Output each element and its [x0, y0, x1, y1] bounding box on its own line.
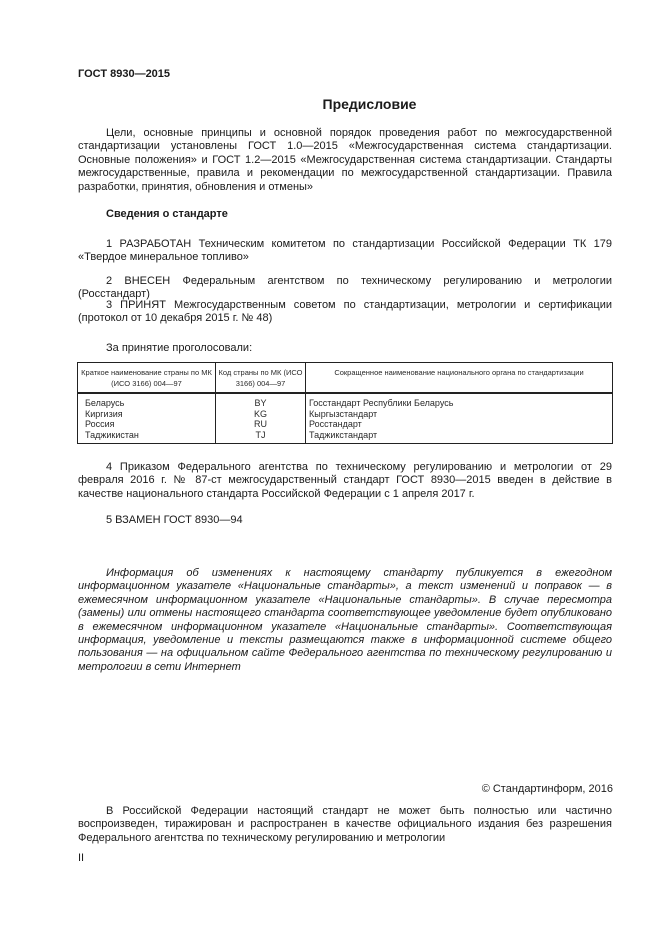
document-id: ГОСТ 8930—2015: [78, 68, 170, 80]
intro-paragraph: Цели, основные принципы и основной поряд…: [78, 127, 612, 194]
column-header-code: Код страны по МК (ИСО 3166) 004—97: [216, 363, 306, 394]
table-row: Беларусь BY Госстандарт Республики Белар…: [78, 393, 613, 409]
country-name: Россия: [78, 419, 216, 430]
country-code: TJ: [216, 430, 306, 444]
standards-body: Госстандарт Республики Беларусь: [306, 393, 613, 409]
info-item-5: 5 ВЗАМЕН ГОСТ 8930—94: [78, 514, 612, 527]
table-header-row: Краткое наименование страны по МК (ИСО 3…: [78, 363, 613, 394]
country-name: Таджикистан: [78, 430, 216, 444]
column-header-country: Краткое наименование страны по МК (ИСО 3…: [78, 363, 216, 394]
table-row: Таджикистан TJ Таджикстандарт: [78, 430, 613, 444]
changes-info-paragraph: Информация об изменениях к настоящему ст…: [78, 567, 612, 674]
page-title: Предисловие: [0, 96, 661, 112]
column-header-body: Сокращенное наименование национального о…: [306, 363, 613, 394]
table-row: Киргизия KG Кыргызстандарт: [78, 409, 613, 420]
standards-body: Таджикстандарт: [306, 430, 613, 444]
page-number: II: [78, 852, 84, 864]
standards-body: Росстандарт: [306, 419, 613, 430]
country-code: BY: [216, 393, 306, 409]
info-item-4: 4 Приказом Федерального агентства по тех…: [78, 461, 612, 501]
votes-table: Краткое наименование страны по МК (ИСО 3…: [77, 362, 613, 444]
info-item-2: 2 ВНЕСЕН Федеральным агентством по техни…: [78, 275, 612, 302]
voted-label: За принятие проголосовали:: [78, 342, 612, 355]
legal-notice: В Российской Федерации настоящий стандар…: [78, 805, 612, 845]
country-code: KG: [216, 409, 306, 420]
country-name: Беларусь: [78, 393, 216, 409]
table-row: Россия RU Росстандарт: [78, 419, 613, 430]
country-name: Киргизия: [78, 409, 216, 420]
standards-body: Кыргызстандарт: [306, 409, 613, 420]
country-code: RU: [216, 419, 306, 430]
section-heading: Сведения о стандарте: [106, 208, 228, 220]
info-item-3: 3 ПРИНЯТ Межгосударственным советом по с…: [78, 299, 612, 326]
copyright-notice: © Стандартинформ, 2016: [482, 783, 613, 795]
info-item-1: 1 РАЗРАБОТАН Техническим комитетом по ст…: [78, 238, 612, 265]
